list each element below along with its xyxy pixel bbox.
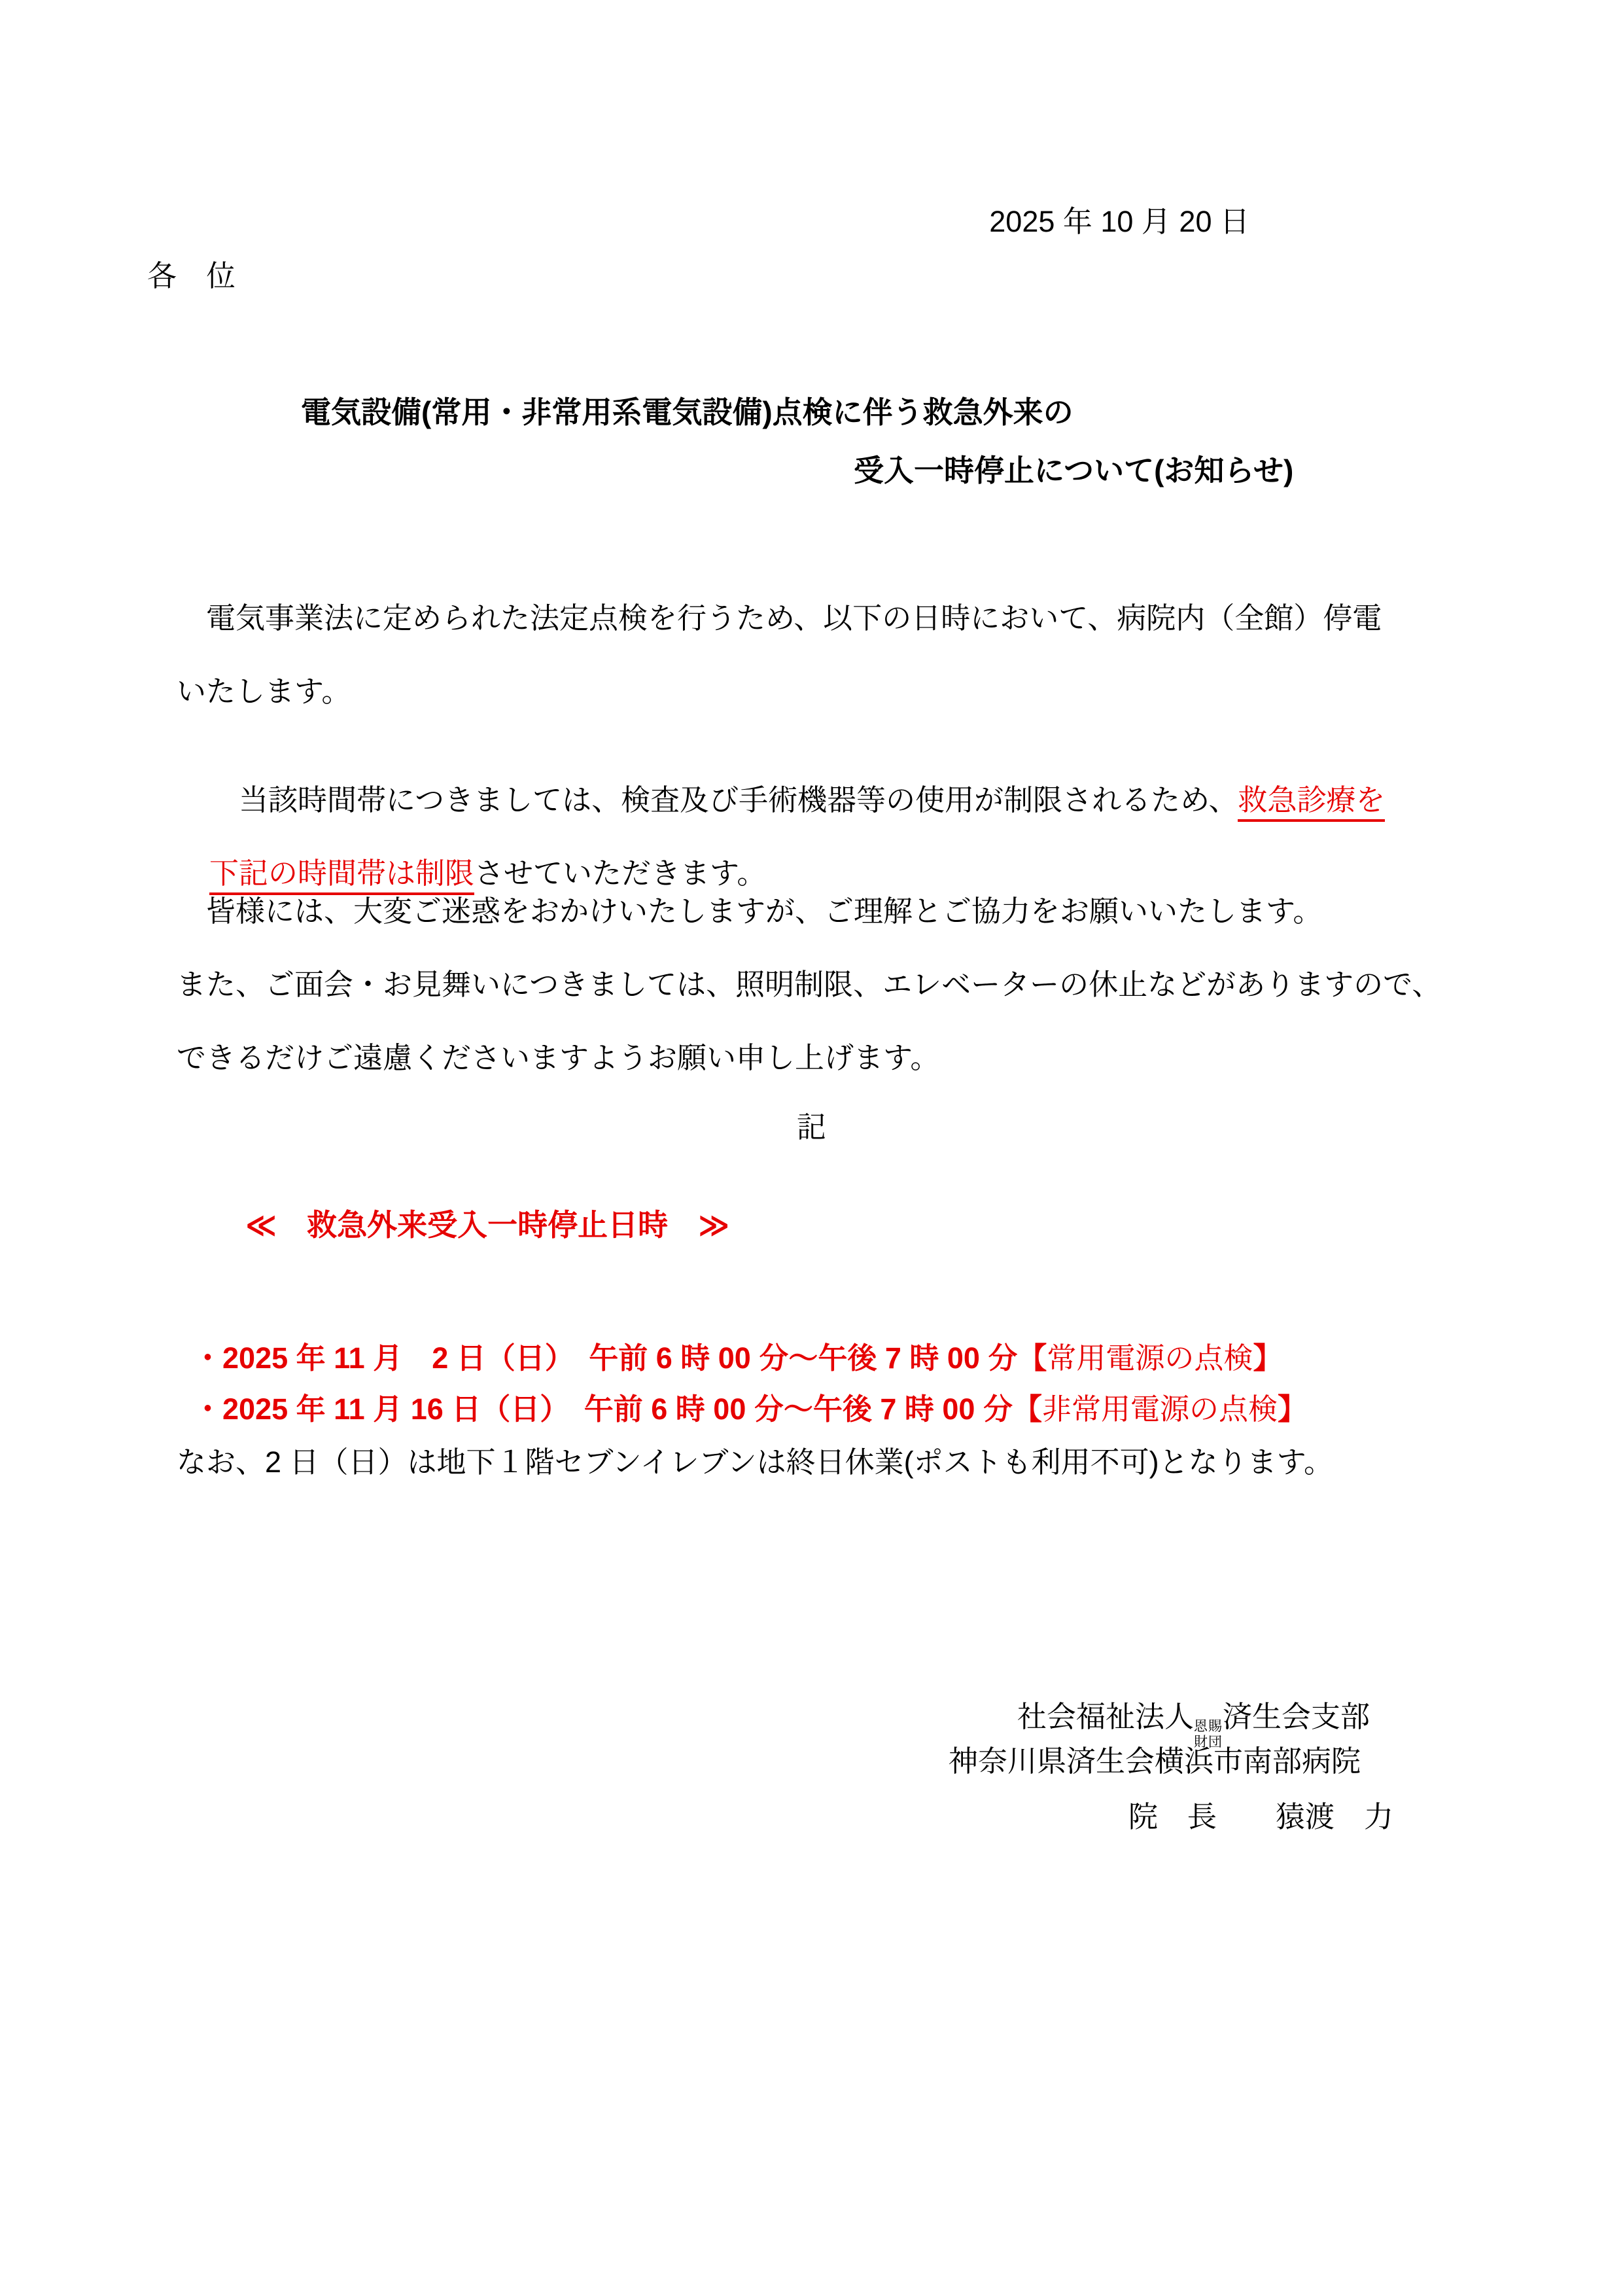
- signature-hospital-name: 神奈川県済生会横浜市南部病院: [949, 1744, 1361, 1779]
- organization-prefix: 社会福祉法人: [1017, 1700, 1194, 1733]
- item2-datetime: ・2025 年 11 月 16 日（日） 午前 6 時 00 分～午後 7 時 …: [193, 1392, 1042, 1426]
- paragraph2-red-underlined-text: 救急診療を: [1238, 783, 1385, 822]
- notice-document-page: 2025 年 10 月 20 日 各 位 電気設備(常用・非常用系電気設備)点検…: [0, 0, 1623, 2296]
- body-paragraph3: 皆様には、大変ご迷惑をおかけいたしますが、ご理解とご協力をお願いいたします。: [177, 894, 1322, 929]
- document-title-line2: 受入一時停止について(お知らせ): [854, 453, 1293, 489]
- document-date: 2025 年 10 月 20 日: [909, 204, 1249, 239]
- signature-director-name: 院 長 猿渡 力: [1128, 1799, 1393, 1835]
- paragraph2-black-text: 当該時間帯につきましては、検査及び手術機器等の使用が制限されるため、: [209, 783, 1238, 817]
- salutation: 各 位: [147, 258, 236, 294]
- item2-closing-bracket: 】: [1278, 1392, 1307, 1426]
- item2-inspection-label: 非常用電源の点検: [1042, 1392, 1278, 1426]
- supplement-note: なお、2 日（日）は地下１階セブンイレブンは終日休業(ポストも利用不可)となりま…: [177, 1445, 1333, 1480]
- body-paragraph4-line2: できるだけご遠慮くださいますようお願い申し上げます。: [177, 1040, 939, 1076]
- body-paragraph4-line1: また、ご面会・お見舞いにつきましては、照明制限、エレベーターの休止などがあります…: [177, 967, 1441, 1002]
- body-paragraph1-line2: いたします。: [177, 674, 351, 709]
- organization-suffix: 済生会支部: [1223, 1700, 1370, 1733]
- ki-marker: 記: [0, 1110, 1623, 1145]
- suspension-schedule-heading: ≪ 救急外来受入一時停止日時 ≫: [245, 1207, 729, 1243]
- document-title-line1: 電気設備(常用・非常用系電気設備)点検に伴う救急外来の: [301, 395, 1073, 431]
- body-paragraph1-line1: 電気事業法に定められた法定点検を行うため、以下の日時において、病院内（全館）停電: [177, 601, 1382, 636]
- paragraph2-red-underlined-text2: 下記の時間帯は制限: [209, 857, 474, 895]
- paragraph2-black-text2: させていただきます。: [474, 857, 766, 890]
- foundation-stack-top: 恩賜: [1194, 1719, 1223, 1735]
